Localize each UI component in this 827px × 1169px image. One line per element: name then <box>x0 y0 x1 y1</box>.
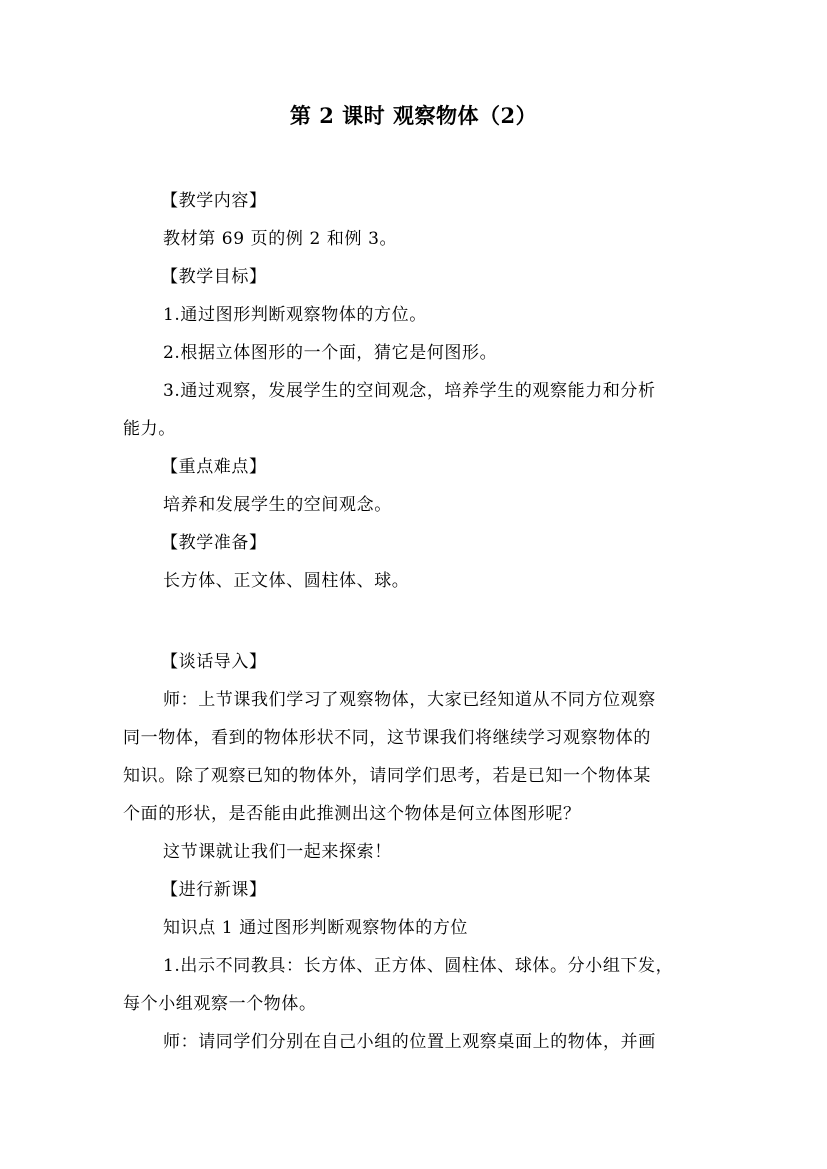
paragraph: 2.根据立体图形的一个面，猜它是何图形。 <box>123 342 703 364</box>
section-heading-keypoints: 【重点难点】 <box>123 456 703 478</box>
section-heading-newlesson: 【进行新课】 <box>123 879 703 901</box>
section-heading-content: 【教学内容】 <box>123 190 703 212</box>
paragraph: 培养和发展学生的空间观念。 <box>123 494 703 516</box>
paragraph-continuation: 知识。除了观察已知的物体外，请同学们思考，若是已知一个物体某 <box>123 765 703 787</box>
paragraph-continuation: 同一物体，看到的物体形状不同，这节课我们将继续学习观察物体的 <box>123 727 703 749</box>
paragraph: 长方体、正文体、圆柱体、球。 <box>123 570 703 592</box>
paragraph: 师：上节课我们学习了观察物体，大家已经知道从不同方位观察 <box>123 689 703 711</box>
document-page: 第 2 课时 观察物体（2） 【教学内容】 教材第 69 页的例 2 和例 3。… <box>0 0 827 1169</box>
section-heading-intro: 【谈话导入】 <box>123 651 703 673</box>
paragraph: 3.通过观察，发展学生的空间观念，培养学生的观察能力和分析 <box>123 380 703 402</box>
paragraph-continuation: 每个小组观察一个物体。 <box>123 993 703 1015</box>
paragraph: 1.出示不同教具：长方体、正方体、圆柱体、球体。分小组下发， <box>123 955 703 977</box>
paragraph-continuation: 个面的形状，是否能由此推测出这个物体是何立体图形呢？ <box>123 803 703 825</box>
paragraph: 知识点 1 通过图形判断观察物体的方位 <box>123 917 703 939</box>
section-heading-goals: 【教学目标】 <box>123 266 703 288</box>
paragraph: 教材第 69 页的例 2 和例 3。 <box>123 228 703 250</box>
page-title: 第 2 课时 观察物体（2） <box>0 100 827 130</box>
section-heading-preparation: 【教学准备】 <box>123 532 703 554</box>
paragraph: 师：请同学们分别在自己小组的位置上观察桌面上的物体，并画 <box>123 1031 703 1053</box>
paragraph: 1.通过图形判断观察物体的方位。 <box>123 304 703 326</box>
paragraph: 这节课就让我们一起来探索！ <box>123 841 703 863</box>
paragraph-continuation: 能力。 <box>123 418 703 440</box>
